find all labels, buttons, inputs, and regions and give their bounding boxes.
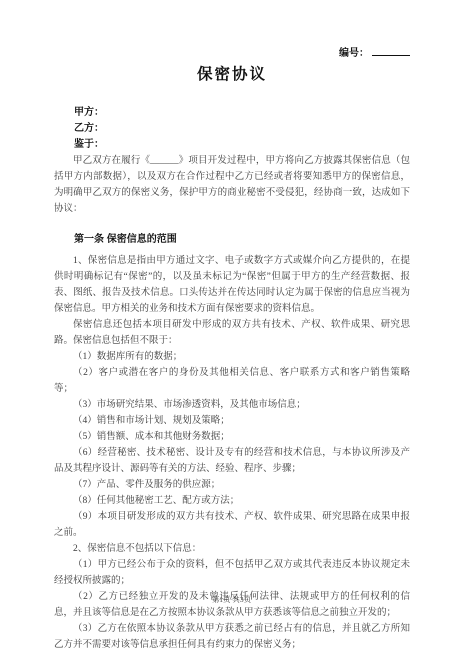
doc-number-blank <box>372 46 410 56</box>
clause-1-paragraph: 1、保密信息是指由甲方通过文字、电子或数字方式或媒介向乙方提供的，在提供时明确标… <box>54 253 410 317</box>
document-page: 编号： 保密协议 甲方： 乙方： 鉴于： 甲乙双方在履行《______》项目开发… <box>0 0 463 655</box>
section-1-heading: 第一条 保密信息的范围 <box>54 232 410 248</box>
party-a-label: 甲方： <box>54 105 410 121</box>
whereas-label: 鉴于： <box>54 137 410 153</box>
list-item: （2）乙方已经独立开发的及未曾违反任何法律、法规或甲方的任何权利的信息，并且该等… <box>54 589 410 621</box>
list-item: （5）销售额、成本和其他财务数据； <box>54 429 410 445</box>
list-item: （1）数据库所有的数据； <box>54 349 410 365</box>
clause-2-paragraph: 2、保密信息不包括以下信息： <box>54 541 410 557</box>
party-b-label: 乙方： <box>54 121 410 137</box>
list-item: （9）本项目研发形成的双方共有技术、产权、软件成果、研究思路在成果申报之前。 <box>54 509 410 541</box>
list-item: （2）客户或潜在客户的身份及其他相关信息、客户联系方式和客户销售策略等； <box>54 365 410 397</box>
list-item: （6）经营秘密、技术秘密、设计及专有的经营和技术信息，与本协议所涉及产品及其程序… <box>54 445 410 477</box>
list-item: （3）乙方在依照本协议条款从甲方获悉之前已经占有的信息，并且就乙方所知乙方并不需… <box>54 621 410 653</box>
clause-1-continuation: 保密信息还包括本项目研发中形成的双方共有技术、产权、软件成果、研究思路。保密信息… <box>54 317 410 349</box>
doc-number-label: 编号： <box>339 48 369 59</box>
list-item: （4）销售和市场计划、规划及策略； <box>54 413 410 429</box>
doc-number: 编号： <box>54 46 410 61</box>
list-item: （3）市场研究结果、市场渗透资料，及其他市场信息； <box>54 397 410 413</box>
list-item: （8）任何其他秘密工艺、配方或方法； <box>54 493 410 509</box>
doc-title: 保密协议 <box>54 65 410 85</box>
preamble-paragraph: 甲乙双方在履行《______》项目开发过程中，甲方将向乙方披露其保密信息（包括甲… <box>54 153 410 217</box>
list-item: （1）甲方已经公布于众的资料，但不包括甲乙双方或其代表违反本协议规定未经授权所披… <box>54 557 410 589</box>
list-item: （7）产品、零件及服务的供应源； <box>54 477 410 493</box>
page-footer: 第1页 共3页 <box>0 595 463 605</box>
